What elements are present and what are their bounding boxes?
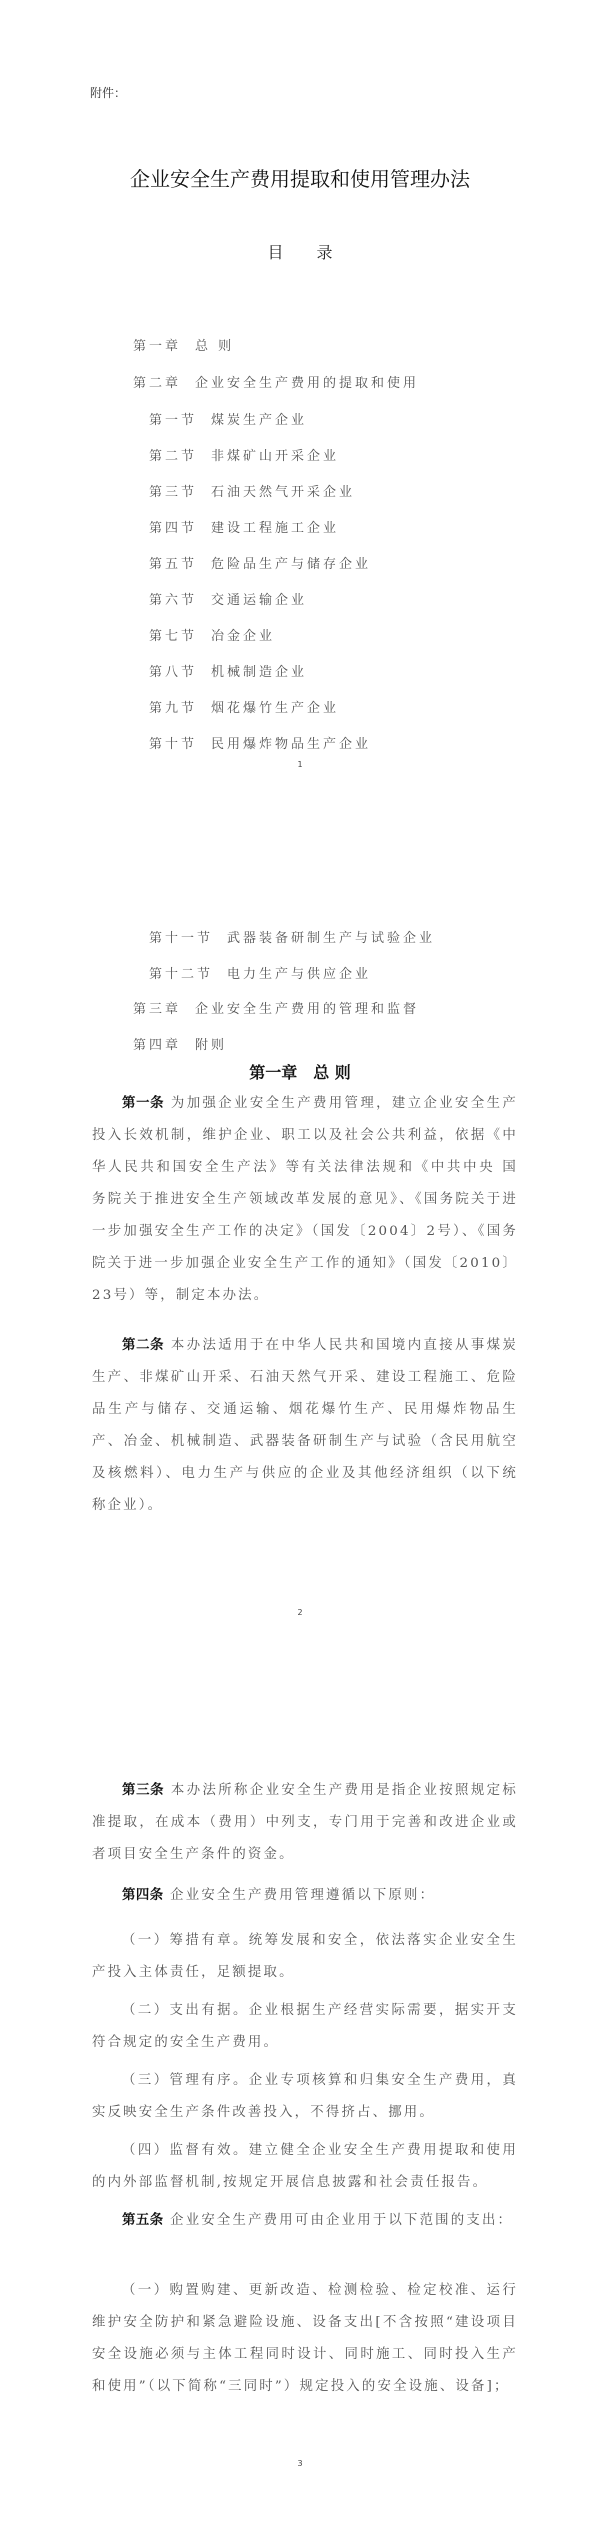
toc-item: 第五节危险品生产与储存企业 [149,553,371,572]
toc-item-number: 第一章 [133,335,181,354]
toc-item-label: 企业安全生产费用的管理和监督 [195,1002,419,1017]
toc-item-number: 第十节 [149,733,197,752]
page-number: 2 [0,1608,600,1617]
article-text: 本办法适用于在中华人民共和国境内直接从事煤炭生产、非煤矿山开采、石油天然气开采、… [92,1338,518,1513]
page-number: 3 [0,2459,600,2468]
toc-item-label: 武器装备研制生产与试验企业 [227,931,435,946]
article-text: 企业安全生产费用可由企业用于以下范围的支出： [170,2213,513,2228]
toc-item: 第四节建设工程施工企业 [149,517,339,536]
toc-item-number: 第一节 [149,409,197,428]
article-text: 企业安全生产费用管理遵循以下原则： [170,1888,435,1903]
toc-item-label: 总 则 [195,339,234,354]
principle-1: （一）筹措有章。统筹发展和安全，依法落实企业安全生产投入主体责任，足额提取。 [92,1925,518,1989]
toc-item: 第三节石油天然气开采企业 [149,481,355,500]
page-number: 1 [0,760,600,769]
toc-item-label: 建设工程施工企业 [211,521,339,536]
toc-item: 第七节冶金企业 [149,625,275,644]
toc-item-number: 第三节 [149,481,197,500]
toc-item-label: 非煤矿山开采企业 [211,449,339,464]
toc-item-number: 第四章 [133,1034,181,1053]
toc-item: 第三章企业安全生产费用的管理和监督 [133,998,419,1017]
toc-item-number: 第八节 [149,661,197,680]
toc-item: 第十节民用爆炸物品生产企业 [149,733,371,752]
toc-item-number: 第十一节 [149,927,213,946]
toc-item-number: 第六节 [149,589,197,608]
toc-item: 第八节机械制造企业 [149,661,307,680]
article-lead: 第五条 [122,2213,164,2228]
principle-text: （一）筹措有章。统筹发展和安全，依法落实企业安全生产投入主体责任，足额提取。 [92,1925,518,1989]
principle-2: （二）支出有据。企业根据生产经营实际需要，据实开支符合规定的安全生产费用。 [92,1995,518,2059]
toc-item: 第一节煤炭生产企业 [149,409,307,428]
article-lead: 第二条 [122,1338,164,1353]
principle-text: （二）支出有据。企业根据生产经营实际需要，据实开支符合规定的安全生产费用。 [92,1995,518,2059]
article-lead: 第一条 [122,1096,164,1111]
toc-item: 第十二节电力生产与供应企业 [149,963,371,982]
item-text: （一）购置购建、更新改造、检测检验、检定校准、运行维护安全防护和紧急避险设施、设… [92,2275,518,2403]
article-2: 第二条 本办法适用于在中华人民共和国境内直接从事煤炭生产、非煤矿山开采、石油天然… [92,1330,518,1522]
toc-item-label: 机械制造企业 [211,665,307,680]
toc-item-label: 企业安全生产费用的提取和使用 [195,376,419,391]
toc-item-number: 第二章 [133,372,181,391]
chapter-heading: 第一章 总 则 [0,1060,600,1083]
toc-item: 第六节交通运输企业 [149,589,307,608]
toc-item-number: 第四节 [149,517,197,536]
article-5: 第五条 企业安全生产费用可由企业用于以下范围的支出： [92,2205,518,2237]
article-4: 第四条 企业安全生产费用管理遵循以下原则： [92,1880,518,1912]
article-3: 第三条 本办法所称企业安全生产费用是指企业按照规定标准提取，在成本（费用）中列支… [92,1775,518,1871]
toc-item-label: 电力生产与供应企业 [227,967,371,982]
toc-item: 第二章企业安全生产费用的提取和使用 [133,372,419,391]
toc-item: 第四章附则 [133,1034,227,1053]
toc-item-number: 第九节 [149,697,197,716]
principle-4: （四）监督有效。建立健全企业安全生产费用提取和使用的内外部监督机制,按规定开展信… [92,2135,518,2199]
document-title: 企业安全生产费用提取和使用管理办法 [0,163,600,192]
toc-item-label: 冶金企业 [211,629,275,644]
article-lead: 第三条 [122,1783,164,1798]
article-lead: 第四条 [122,1888,164,1903]
toc-item: 第二节非煤矿山开采企业 [149,445,339,464]
article-1: 第一条 为加强企业安全生产费用管理，建立企业安全生产投入长效机制，维护企业、职工… [92,1088,518,1312]
toc-item: 第十一节武器装备研制生产与试验企业 [149,927,435,946]
toc-item: 第九节烟花爆竹生产企业 [149,697,339,716]
article-5-item-1: （一）购置购建、更新改造、检测检验、检定校准、运行维护安全防护和紧急避险设施、设… [92,2275,518,2403]
toc-item-number: 第十二节 [149,963,213,982]
toc-item-label: 交通运输企业 [211,593,307,608]
principle-3: （三）管理有序。企业专项核算和归集安全生产费用，真实反映安全生产条件改善投入，不… [92,2065,518,2129]
article-text: 为加强企业安全生产费用管理，建立企业安全生产投入长效机制，维护企业、职工以及社会… [92,1096,518,1303]
toc-item-label: 危险品生产与储存企业 [211,557,371,572]
toc-item-number: 第二节 [149,445,197,464]
toc-item-number: 第三章 [133,998,181,1017]
principle-text: （三）管理有序。企业专项核算和归集安全生产费用，真实反映安全生产条件改善投入，不… [92,2065,518,2129]
toc-item-label: 石油天然气开采企业 [211,485,355,500]
toc-item: 第一章总 则 [133,335,234,354]
toc-heading: 目 录 [0,240,600,263]
attachment-label: 附件： [90,84,126,101]
toc-item-number: 第五节 [149,553,197,572]
toc-item-label: 民用爆炸物品生产企业 [211,737,371,752]
toc-item-label: 煤炭生产企业 [211,413,307,428]
toc-item-label: 烟花爆竹生产企业 [211,701,339,716]
toc-item-label: 附则 [195,1038,227,1053]
principle-text: （四）监督有效。建立健全企业安全生产费用提取和使用的内外部监督机制,按规定开展信… [92,2135,518,2199]
toc-item-number: 第七节 [149,625,197,644]
